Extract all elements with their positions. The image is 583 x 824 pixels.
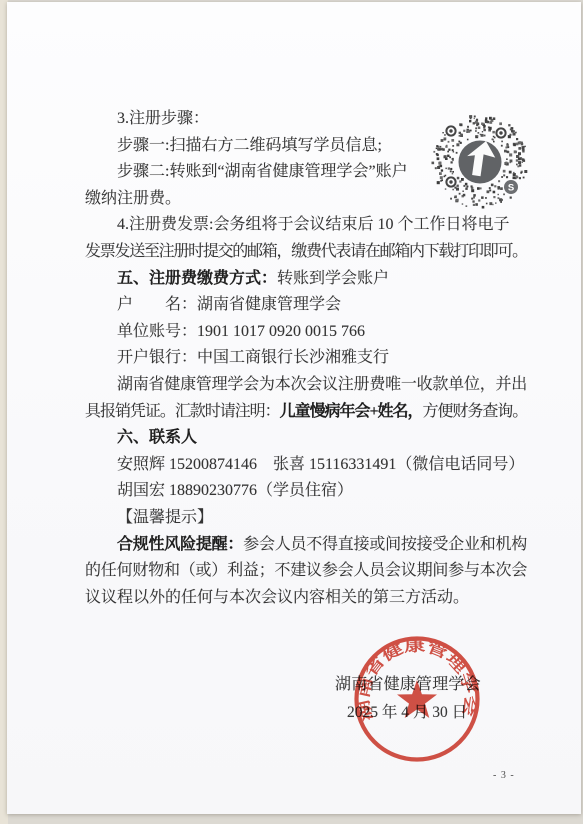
- scanned-page-background: { "doc": { "lines": [ { "indent": true, …: [0, 0, 583, 824]
- text-line: 议议程以外的任何与本次会议内容相关的第三方活动。: [85, 585, 527, 612]
- text-segment: 开户银行：中国工商银行长沙湘雅支行: [117, 349, 389, 366]
- text-line: 单位账号：1901 1017 0920 0015 766: [85, 319, 527, 346]
- text-line: 安照辉 15200874146 张喜 15116331491（微信电话同号）: [85, 452, 527, 479]
- text-line: 五、注册费缴费方式：转账到学会账户: [85, 266, 527, 293]
- text-segment: 议议程以外的任何与本次会议内容相关的第三方活动。: [85, 589, 469, 606]
- text-segment: 单位账号：1901 1017 0920 0015 766: [117, 323, 365, 340]
- official-seal: 湖南省健康管理学会: [352, 634, 482, 764]
- text-segment: 具报销凭证。汇款时请注明：: [85, 403, 280, 420]
- text-line: 湖南省健康管理学会为本次会议注册费唯一收款单位，并出: [85, 372, 527, 399]
- seal-arc-text: 湖南省健康管理学会: [353, 636, 481, 723]
- text-segment: 五、注册费缴费方式：: [117, 270, 277, 287]
- text-segment: 儿童慢病年会+姓名，: [280, 403, 423, 420]
- text-line: 户 名：湖南省健康管理学会: [85, 292, 527, 319]
- text-segment: 的任何财物和（或）利益；不建议参会人员会议期间参与本次会: [85, 562, 527, 579]
- text-line: 胡国宏 18890230776（学员住宿）: [85, 478, 527, 505]
- text-segment: 方便财务查询。: [422, 403, 527, 420]
- text-line: 发票发送至注册时提交的邮箱，缴费代表请在邮箱内下载打印即可。: [85, 239, 527, 266]
- text-line: 开户银行：中国工商银行长沙湘雅支行: [85, 345, 527, 372]
- text-segment: 【温馨提示】: [117, 509, 213, 526]
- text-segment: 安照辉 15200874146 张喜 15116331491（微信电话同号）: [117, 456, 524, 473]
- text-segment: 户 名：湖南省健康管理学会: [117, 296, 341, 313]
- page-number: - 3 -: [493, 770, 515, 781]
- text-line: 【温馨提示】: [85, 505, 527, 532]
- text-segment: 步骤二:转账到“湖南省健康管理学会”账户: [117, 163, 408, 180]
- text-segment: 湖南省健康管理学会为本次会议注册费唯一收款单位，并出: [117, 376, 527, 393]
- text-segment: 步骤一:扫描右方二维码填写学员信息;: [117, 137, 382, 154]
- text-segment: 缴纳注册费。: [85, 190, 181, 207]
- text-segment: 六、联系人: [117, 429, 197, 446]
- document-page: 3.注册步骤：步骤一:扫描右方二维码填写学员信息;步骤二:转账到“湖南省健康管理…: [7, 2, 581, 814]
- seal-star-icon: [397, 680, 437, 718]
- text-line: 4.注册费发票:会务组将于会议结束后 10 个工作日将电子: [85, 212, 527, 239]
- miniprogram-s-icon: S: [504, 180, 518, 194]
- text-line: 具报销凭证。汇款时请注明：儿童慢病年会+姓名，方便财务查询。: [85, 399, 527, 426]
- text-segment: 发票发送至注册时提交的邮箱，缴费代表请在邮箱内下载打印即可。: [85, 243, 527, 260]
- text-segment: 转账到学会账户: [277, 270, 389, 287]
- text-line: 的任何财物和（或）利益；不建议参会人员会议期间参与本次会: [85, 558, 527, 585]
- registration-qr-code: S: [428, 113, 528, 213]
- svg-text:S: S: [508, 183, 514, 194]
- miniprogram-arrow-icon: [459, 139, 502, 184]
- text-segment: 合规性风险提醒：: [117, 536, 243, 553]
- text-segment: 3.注册步骤：: [117, 110, 209, 127]
- text-segment: 4.注册费发票:会务组将于会议结束后 10 个工作日将电子: [117, 216, 509, 233]
- text-segment: 胡国宏 18890230776（学员住宿）: [117, 482, 353, 499]
- text-line: 六、联系人: [85, 425, 527, 452]
- text-line: 合规性风险提醒：参会人员不得直接或间按接受企业和机构: [85, 532, 527, 559]
- text-segment: 参会人员不得直接或间按接受企业和机构: [243, 536, 527, 553]
